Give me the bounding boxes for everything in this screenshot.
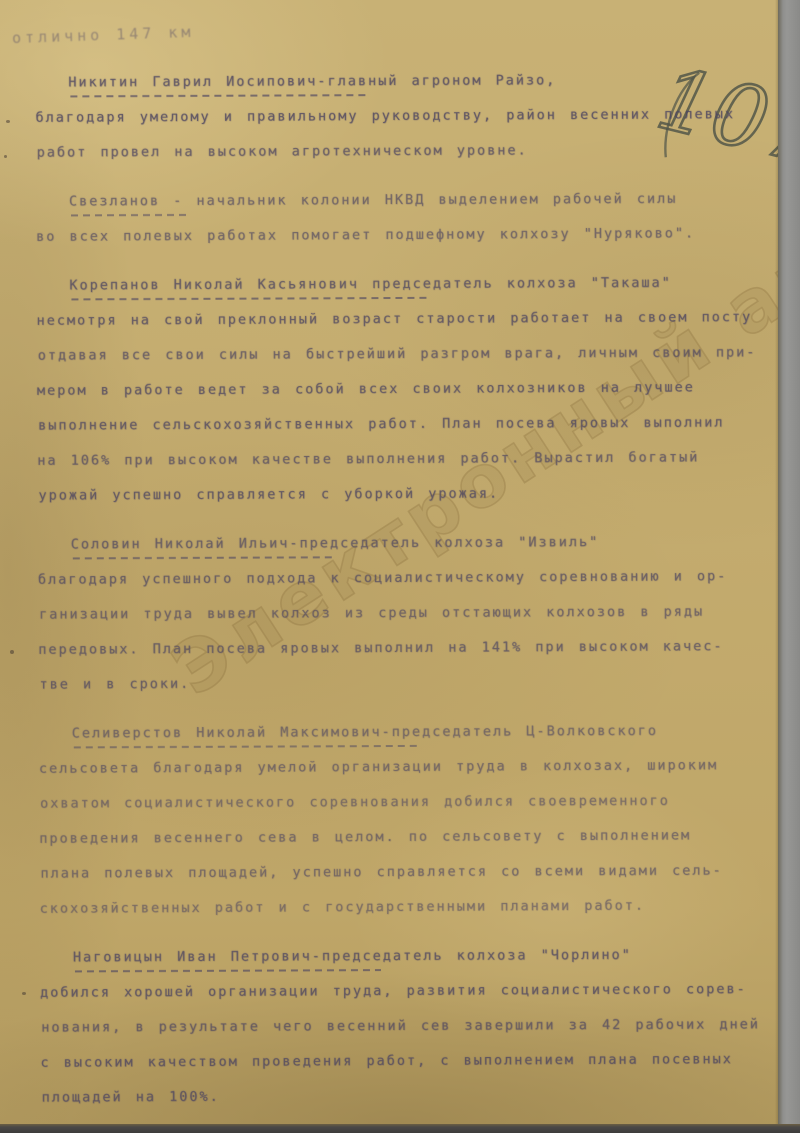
text-line: площадей на 100%.: [42, 1077, 757, 1115]
dashed-underline: [73, 556, 335, 559]
paragraph-korepanov: Корепанов Николай Касьянович председател…: [36, 265, 752, 514]
text-line: урожай успешно справляется с уборкой уро…: [38, 475, 753, 513]
dashed-underline: [70, 94, 368, 97]
text-line: тве и в сроки.: [39, 664, 754, 702]
text-line: проведения весеннего сева в целом. по се…: [39, 818, 754, 857]
ink-speck: [6, 120, 10, 123]
text-line: скохозяйственных работ и с государственн…: [40, 888, 755, 927]
text-line: выполнение сельскохозяйственных работ. П…: [38, 405, 753, 443]
text-line: добился хорошей организации труда, разви…: [40, 972, 755, 1011]
text-line: нования, в результате чего весенний сев …: [41, 1007, 756, 1045]
dashed-underline: [71, 214, 187, 217]
paragraph-nagovitsyn: Наговицын Иван Петрович-председатель кол…: [40, 937, 756, 1116]
typewritten-text: Никитин Гаврил Иосипович-главный агроном…: [35, 62, 756, 1130]
text-line: плана полевых площадей, успешно справляе…: [40, 853, 755, 891]
text-line: Соловин Николай Ильич-председатель колхо…: [39, 524, 754, 562]
text-line: отдавая все свои силы на быстрейший разг…: [38, 335, 753, 373]
dashed-underline: [74, 745, 422, 749]
paragraph-solovin: Соловин Николай Ильич-председатель колхо…: [38, 524, 754, 703]
text-line: работ провел на высоком агротехническом …: [37, 132, 752, 170]
text-line: ганизации труда вывел колхоз из среды от…: [39, 594, 754, 632]
scanner-bed-right-edge: [778, 0, 800, 1133]
text-line: мером в работе ведет за собой всех своих…: [37, 370, 752, 409]
text-line: передовых. План посева яровых выполнил н…: [38, 629, 753, 668]
scanned-document-page: Электронный архив отлично 147 км 107 Ник…: [0, 0, 800, 1133]
text-line: Свезланов - начальник колонии НКВД выдел…: [37, 181, 752, 219]
scanner-bed-bottom-edge: [0, 1124, 800, 1133]
dashed-underline: [75, 969, 381, 972]
text-line: сельсовета благодаря умелой организации …: [39, 748, 754, 787]
paragraph-svezlanov: Свезланов - начальник колонии НКВД выдел…: [36, 181, 751, 255]
ink-speck: [4, 155, 7, 158]
paragraph-seliverstov: Селиверстов Николай Максимович-председат…: [39, 713, 755, 927]
ink-speck: [22, 992, 26, 995]
faded-header-note: отлично 147 км: [12, 23, 195, 47]
paragraph-nikitin: Никитин Гаврил Иосипович-главный агроном…: [35, 62, 751, 171]
text-line: Корепанов Николай Касьянович председател…: [37, 265, 752, 303]
text-line: благодаря умелому и правильному руководс…: [35, 97, 750, 136]
text-line: во всех полевых работах помогает подшефн…: [36, 216, 751, 255]
text-line: на 106% при высоком качестве выполнения …: [37, 440, 752, 479]
text-line: Никитин Гаврил Иосипович-главный агроном…: [36, 62, 751, 100]
text-line: с высоким качеством проведения работ, с …: [40, 1042, 755, 1081]
text-line: охватом социалистического соревнования д…: [40, 783, 755, 821]
dashed-underline: [71, 297, 427, 301]
ink-speck: [10, 650, 14, 654]
text-line: благодаря успешного подхода к социалисти…: [38, 559, 753, 598]
text-line: Селиверстов Николай Максимович-председат…: [40, 713, 755, 751]
text-line: Наговицын Иван Петрович-председатель кол…: [41, 937, 756, 975]
text-line: несмотря на свой преклонный возраст стар…: [36, 300, 751, 339]
